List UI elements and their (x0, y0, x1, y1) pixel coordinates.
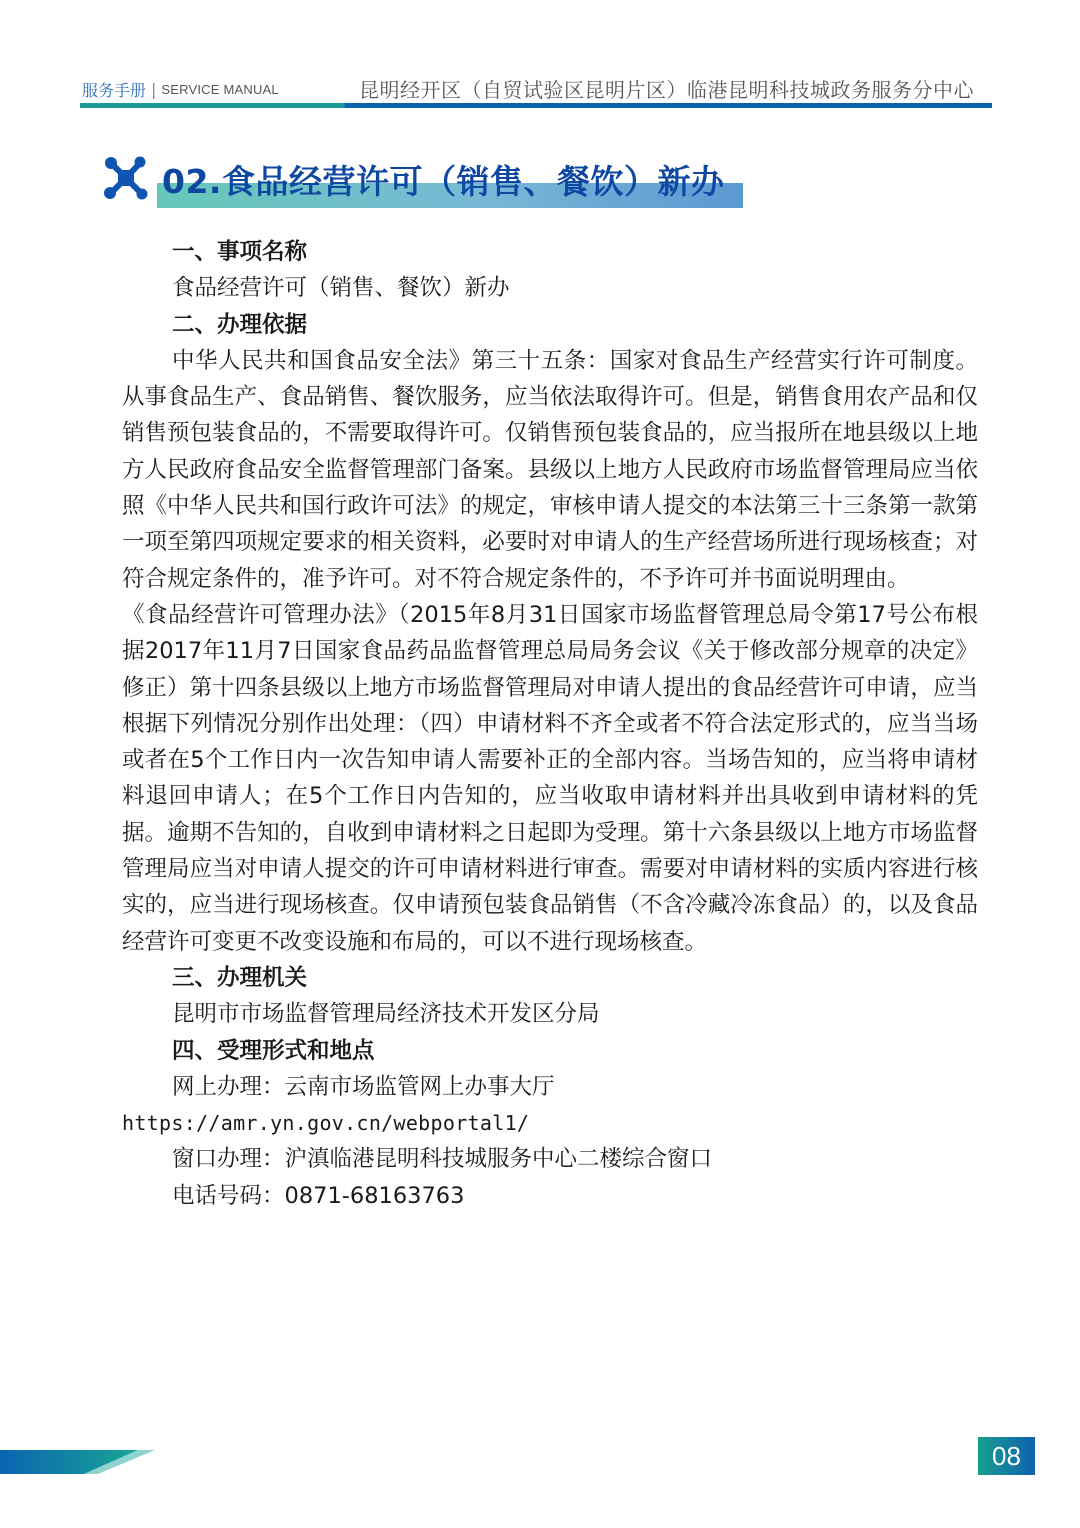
page-number: 08 (978, 1437, 1035, 1475)
manual-label: 服务手册 | SERVICE MANUAL (82, 78, 279, 101)
header-divider (80, 103, 992, 108)
document-body: 一、事项名称 食品经营许可（销售、餐饮）新办 二、办理依据 中华人民共和国食品安… (122, 234, 978, 1214)
page-title: 02.食品经营许可（销售、餐饮）新办 (162, 156, 724, 203)
section-heading-legal-basis: 二、办理依据 (122, 307, 978, 343)
authority-text: 昆明市市场监督管理局经济技术开发区分局 (122, 996, 978, 1032)
header-separator: | (151, 80, 156, 99)
manual-title-en: SERVICE MANUAL (161, 82, 278, 97)
manual-title-cn: 服务手册 (82, 78, 146, 101)
legal-basis-paragraph-1: 中华人民共和国食品安全法》第三十五条：国家对食品生产经营实行许可制度。从事食品生… (122, 343, 978, 597)
legal-basis-paragraph-2: 《食品经营许可管理办法》（2015年8月31日国家市场监督管理总局令第17号公布… (122, 597, 978, 960)
section-heading-acceptance: 四、受理形式和地点 (122, 1033, 978, 1069)
item-name-text: 食品经营许可（销售、餐饮）新办 (122, 270, 978, 306)
phone-number-text: 电话号码：0871-68163763 (122, 1178, 978, 1214)
footer-decoration-bar (0, 1450, 155, 1474)
online-handling-text: 网上办理：云南市场监管网上办事大厅 (122, 1069, 978, 1105)
online-portal-link[interactable]: https://amr.yn.gov.cn/webportal1/ (122, 1105, 978, 1141)
section-heading-item-name: 一、事项名称 (122, 234, 978, 270)
service-center-name: 昆明经开区（自贸试验区昆明片区）临港昆明科技城政务服务分中心 (359, 74, 974, 103)
window-handling-text: 窗口办理：沪滇临港昆明科技城服务中心二楼综合窗口 (122, 1141, 978, 1177)
section-heading-authority: 三、办理机关 (122, 960, 978, 996)
network-nodes-icon (103, 155, 149, 201)
